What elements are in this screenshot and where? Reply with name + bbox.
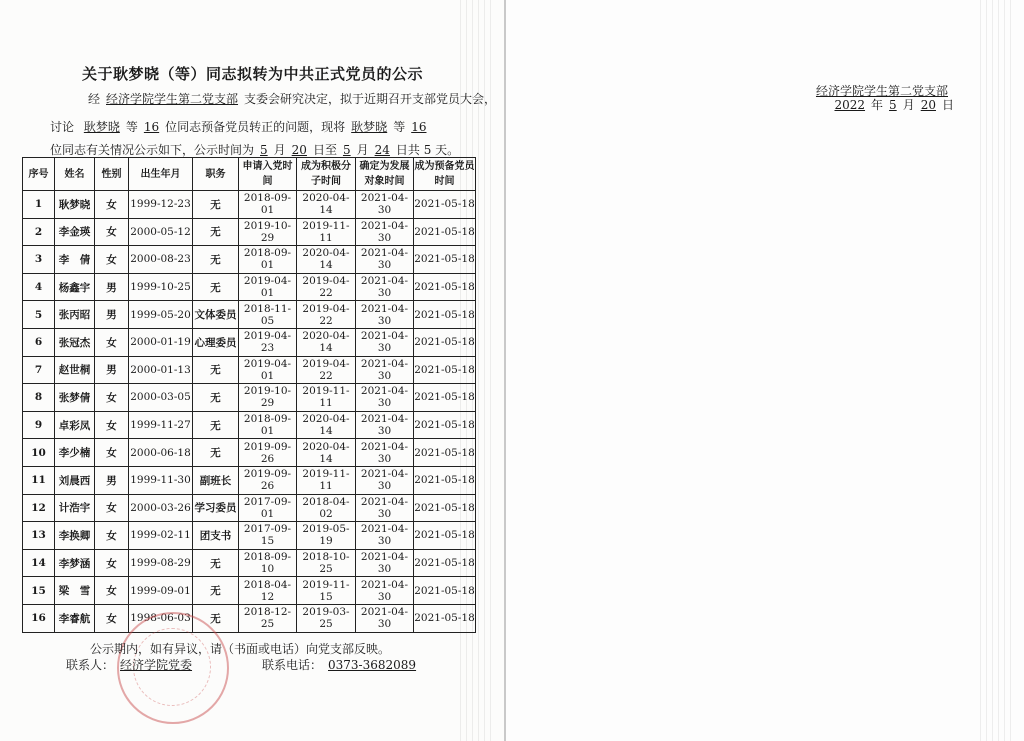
cell-birth: 1999-09-01 [129, 577, 193, 605]
cell-no: 10 [23, 439, 55, 467]
cell-activist: 2020-04-14 [297, 439, 356, 467]
candidate-name: 耿梦晓 [78, 120, 126, 134]
cell-apply: 2019-09-26 [239, 439, 297, 467]
cell-no: 11 [23, 466, 55, 494]
cell-post: 文体委员 [193, 301, 239, 329]
text: 日共 5 天。 [396, 143, 459, 157]
cell-apply: 2018-09-01 [239, 191, 297, 219]
column-header: 出生年月 [129, 158, 193, 191]
cell-dev: 2021-04-30 [356, 328, 414, 356]
text: 等 [126, 120, 138, 134]
cell-name: 赵世桐 [55, 356, 95, 384]
text: 月 [903, 98, 915, 112]
table-row: 1耿梦晓女1999-12-23无2018-09-012020-04-142021… [23, 191, 476, 219]
column-header: 成为预备党员时间 [414, 158, 476, 191]
cell-prep: 2021-05-18 [414, 356, 476, 384]
cell-dev: 2021-04-30 [356, 522, 414, 550]
cell-no: 14 [23, 549, 55, 577]
cell-post: 无 [193, 218, 239, 246]
cell-prep: 2021-05-18 [414, 246, 476, 274]
cell-dev: 2021-04-30 [356, 191, 414, 219]
cell-name: 梁 雪 [55, 577, 95, 605]
candidate-table: 序号姓名性别出生年月职务申请入党时间成为积极分子时间确定为发展对象时间成为预备党… [22, 157, 476, 633]
text: 位同志有关情况公示如下，公示时间为 [50, 143, 254, 157]
column-header: 确定为发展对象时间 [356, 158, 414, 191]
cell-prep: 2021-05-18 [414, 466, 476, 494]
cell-post: 无 [193, 577, 239, 605]
cell-birth: 1999-11-27 [129, 411, 193, 439]
cell-apply: 2019-10-29 [239, 218, 297, 246]
cell-activist: 2019-04-22 [297, 273, 356, 301]
cell-dev: 2021-04-30 [356, 384, 414, 412]
cell-no: 9 [23, 411, 55, 439]
cell-sex: 女 [95, 439, 129, 467]
cell-apply: 2019-10-29 [239, 384, 297, 412]
contact-line: 联系人：经济学院党委 [66, 656, 198, 673]
text: 年 [871, 98, 883, 112]
document-title: 关于耿梦晓（等）同志拟转为中共正式党员的公示 [0, 63, 505, 84]
candidate-name: 耿梦晓 [345, 120, 393, 134]
cell-birth: 1999-10-25 [129, 273, 193, 301]
table-row: 12计浩宇女2000-03-26学习委员2017-09-012018-04-02… [23, 494, 476, 522]
table-row: 7赵世桐男2000-01-13无2019-04-012019-04-222021… [23, 356, 476, 384]
cell-activist: 2019-04-22 [297, 356, 356, 384]
cell-no: 5 [23, 301, 55, 329]
column-header: 序号 [23, 158, 55, 191]
day: 20 [915, 98, 942, 112]
cell-birth: 2000-01-13 [129, 356, 193, 384]
cell-dev: 2021-04-30 [356, 439, 414, 467]
cell-sex: 男 [95, 356, 129, 384]
column-header: 成为积极分子时间 [297, 158, 356, 191]
org-name: 经济学院学生第二党支部 [100, 92, 244, 106]
cell-post: 无 [193, 356, 239, 384]
cell-apply: 2018-09-01 [239, 246, 297, 274]
cell-activist: 2019-11-11 [297, 218, 356, 246]
cell-dev: 2021-04-30 [356, 577, 414, 605]
cell-sex: 女 [95, 384, 129, 412]
cell-activist: 2019-11-15 [297, 577, 356, 605]
cell-birth: 2000-06-18 [129, 439, 193, 467]
cell-no: 12 [23, 494, 55, 522]
cell-birth: 1999-02-11 [129, 522, 193, 550]
cell-name: 李睿航 [55, 604, 95, 632]
column-header: 姓名 [55, 158, 95, 191]
cell-dev: 2021-04-30 [356, 218, 414, 246]
table-row: 6张冠杰女2000-01-19心理委员2019-04-232020-04-142… [23, 328, 476, 356]
notice-text: 公示期内，如有异议，请（书面或电话）向党支部反映。 [90, 640, 390, 657]
cell-sex: 女 [95, 577, 129, 605]
signature-date: 2022年5月20日 [828, 96, 954, 113]
cell-prep: 2021-05-18 [414, 273, 476, 301]
cell-sex: 男 [95, 301, 129, 329]
start-day: 20 [286, 143, 313, 157]
cell-no: 13 [23, 522, 55, 550]
cell-dev: 2021-04-30 [356, 549, 414, 577]
table-row: 11刘晨西男1999-11-30副班长2019-09-262019-11-112… [23, 466, 476, 494]
cell-apply: 2019-04-01 [239, 356, 297, 384]
cell-no: 1 [23, 191, 55, 219]
end-month: 5 [337, 143, 357, 157]
cell-name: 杨鑫宇 [55, 273, 95, 301]
contact-label: 联系人： [66, 658, 114, 672]
cell-post: 团支书 [193, 522, 239, 550]
cell-birth: 2000-08-23 [129, 246, 193, 274]
year: 2022 [828, 98, 871, 112]
text: 日 [942, 98, 954, 112]
cell-dev: 2021-04-30 [356, 494, 414, 522]
text: 讨论 [50, 120, 74, 134]
cell-post: 无 [193, 411, 239, 439]
cell-name: 李金瑛 [55, 218, 95, 246]
cell-apply: 2017-09-01 [239, 494, 297, 522]
cell-name: 李换卿 [55, 522, 95, 550]
cell-no: 7 [23, 356, 55, 384]
text: 支委会研究决定，拟于近期召开支部党员大会， [244, 92, 496, 106]
cell-name: 耿梦晓 [55, 191, 95, 219]
table-row: 5张丙昭男1999-05-20文体委员2018-11-052019-04-222… [23, 301, 476, 329]
table-row: 2李金瑛女2000-05-12无2019-10-292019-11-112021… [23, 218, 476, 246]
scan-artifact [975, 0, 1015, 741]
cell-name: 李梦涵 [55, 549, 95, 577]
table-row: 4杨鑫宇男1999-10-25无2019-04-012019-04-222021… [23, 273, 476, 301]
cell-post: 无 [193, 246, 239, 274]
cell-post: 副班长 [193, 466, 239, 494]
cell-no: 16 [23, 604, 55, 632]
cell-activist: 2020-04-14 [297, 411, 356, 439]
cell-name: 张梦倩 [55, 384, 95, 412]
text: 月 [357, 143, 369, 157]
cell-dev: 2021-04-30 [356, 356, 414, 384]
table-row: 3李 倩女2000-08-23无2018-09-012020-04-142021… [23, 246, 476, 274]
text: 日至 [313, 143, 337, 157]
text: 位同志预备党员转正的问题，现将 [165, 120, 345, 134]
cell-activist: 2020-04-14 [297, 328, 356, 356]
text: 经 [88, 92, 100, 106]
cell-birth: 2000-03-26 [129, 494, 193, 522]
phone-label: 联系电话： [262, 658, 322, 672]
cell-activist: 2019-05-19 [297, 522, 356, 550]
table-row: 9卓彩凤女1999-11-27无2018-09-012020-04-142021… [23, 411, 476, 439]
cell-apply: 2018-09-01 [239, 411, 297, 439]
cell-sex: 男 [95, 466, 129, 494]
cell-apply: 2019-04-23 [239, 328, 297, 356]
cell-no: 8 [23, 384, 55, 412]
cell-no: 2 [23, 218, 55, 246]
cell-birth: 1999-11-30 [129, 466, 193, 494]
contact-value: 经济学院党委 [114, 658, 198, 672]
cell-post: 无 [193, 384, 239, 412]
table-row: 13李换卿女1999-02-11团支书2017-09-152019-05-192… [23, 522, 476, 550]
cell-prep: 2021-05-18 [414, 328, 476, 356]
cell-prep: 2021-05-18 [414, 218, 476, 246]
cell-post: 学习委员 [193, 494, 239, 522]
intro-line-1: 经经济学院学生第二党支部支委会研究决定，拟于近期召开支部党员大会， [88, 90, 496, 107]
column-header: 职务 [193, 158, 239, 191]
cell-sex: 女 [95, 549, 129, 577]
cell-dev: 2021-04-30 [356, 604, 414, 632]
table-body: 1耿梦晓女1999-12-23无2018-09-012020-04-142021… [23, 191, 476, 633]
cell-activist: 2019-04-22 [297, 301, 356, 329]
table-row: 10李少楠女2000-06-18无2019-09-262020-04-14202… [23, 439, 476, 467]
text: 等 [393, 120, 405, 134]
cell-activist: 2020-04-14 [297, 191, 356, 219]
intro-line-3: 位同志有关情况公示如下，公示时间为5月20日至5月24日共 5 天。 [50, 141, 459, 158]
cell-name: 李 倩 [55, 246, 95, 274]
cell-sex: 女 [95, 191, 129, 219]
cell-prep: 2021-05-18 [414, 384, 476, 412]
cell-sex: 女 [95, 218, 129, 246]
cell-prep: 2021-05-18 [414, 549, 476, 577]
cell-activist: 2019-11-11 [297, 384, 356, 412]
cell-birth: 1999-08-29 [129, 549, 193, 577]
cell-birth: 2000-01-19 [129, 328, 193, 356]
table-row: 16李睿航女1998-06-03无2018-12-252019-03-25202… [23, 604, 476, 632]
cell-birth: 2000-03-05 [129, 384, 193, 412]
cell-prep: 2021-05-18 [414, 522, 476, 550]
phone-value: 0373-3682089 [322, 658, 422, 672]
cell-dev: 2021-04-30 [356, 273, 414, 301]
column-header: 申请入党时间 [239, 158, 297, 191]
cell-apply: 2019-04-01 [239, 273, 297, 301]
cell-dev: 2021-04-30 [356, 411, 414, 439]
cell-apply: 2018-11-05 [239, 301, 297, 329]
candidate-count: 16 [138, 120, 165, 134]
cell-no: 3 [23, 246, 55, 274]
phone-line: 联系电话：0373-3682089 [262, 656, 422, 673]
table-row: 14李梦涵女1999-08-29无2018-09-102018-10-25202… [23, 549, 476, 577]
start-month: 5 [254, 143, 274, 157]
cell-post: 无 [193, 549, 239, 577]
cell-name: 刘晨西 [55, 466, 95, 494]
cell-apply: 2018-09-10 [239, 549, 297, 577]
cell-activist: 2019-11-11 [297, 466, 356, 494]
intro-line-2: 讨论 耿梦晓等16位同志预备党员转正的问题，现将耿梦晓等16 [50, 118, 432, 135]
cell-name: 计浩宇 [55, 494, 95, 522]
cell-activist: 2018-10-25 [297, 549, 356, 577]
column-header: 性别 [95, 158, 129, 191]
cell-apply: 2019-09-26 [239, 466, 297, 494]
cell-name: 张冠杰 [55, 328, 95, 356]
cell-prep: 2021-05-18 [414, 439, 476, 467]
cell-prep: 2021-05-18 [414, 301, 476, 329]
cell-activist: 2019-03-25 [297, 604, 356, 632]
cell-dev: 2021-04-30 [356, 466, 414, 494]
cell-name: 李少楠 [55, 439, 95, 467]
cell-apply: 2018-12-25 [239, 604, 297, 632]
cell-post: 无 [193, 191, 239, 219]
cell-no: 6 [23, 328, 55, 356]
cell-prep: 2021-05-18 [414, 191, 476, 219]
cell-activist: 2020-04-14 [297, 246, 356, 274]
cell-sex: 女 [95, 246, 129, 274]
table-header-row: 序号姓名性别出生年月职务申请入党时间成为积极分子时间确定为发展对象时间成为预备党… [23, 158, 476, 191]
cell-activist: 2018-04-02 [297, 494, 356, 522]
text: 月 [274, 143, 286, 157]
cell-prep: 2021-05-18 [414, 411, 476, 439]
cell-birth: 1999-05-20 [129, 301, 193, 329]
cell-name: 张丙昭 [55, 301, 95, 329]
cell-apply: 2018-04-12 [239, 577, 297, 605]
cell-prep: 2021-05-18 [414, 577, 476, 605]
cell-post: 心理委员 [193, 328, 239, 356]
page-divider [504, 0, 506, 741]
month: 5 [883, 98, 903, 112]
cell-name: 卓彩凤 [55, 411, 95, 439]
cell-sex: 女 [95, 522, 129, 550]
cell-prep: 2021-05-18 [414, 494, 476, 522]
cell-sex: 女 [95, 411, 129, 439]
end-day: 24 [369, 143, 396, 157]
table-row: 15梁 雪女1999-09-01无2018-04-122019-11-15202… [23, 577, 476, 605]
cell-post: 无 [193, 273, 239, 301]
cell-sex: 女 [95, 328, 129, 356]
cell-birth: 2000-05-12 [129, 218, 193, 246]
cell-birth: 1999-12-23 [129, 191, 193, 219]
table-row: 8张梦倩女2000-03-05无2019-10-292019-11-112021… [23, 384, 476, 412]
cell-dev: 2021-04-30 [356, 246, 414, 274]
cell-post: 无 [193, 439, 239, 467]
cell-sex: 女 [95, 604, 129, 632]
cell-sex: 女 [95, 494, 129, 522]
candidate-count: 16 [405, 120, 432, 134]
cell-apply: 2017-09-15 [239, 522, 297, 550]
cell-no: 15 [23, 577, 55, 605]
cell-no: 4 [23, 273, 55, 301]
cell-prep: 2021-05-18 [414, 604, 476, 632]
cell-dev: 2021-04-30 [356, 301, 414, 329]
cell-sex: 男 [95, 273, 129, 301]
